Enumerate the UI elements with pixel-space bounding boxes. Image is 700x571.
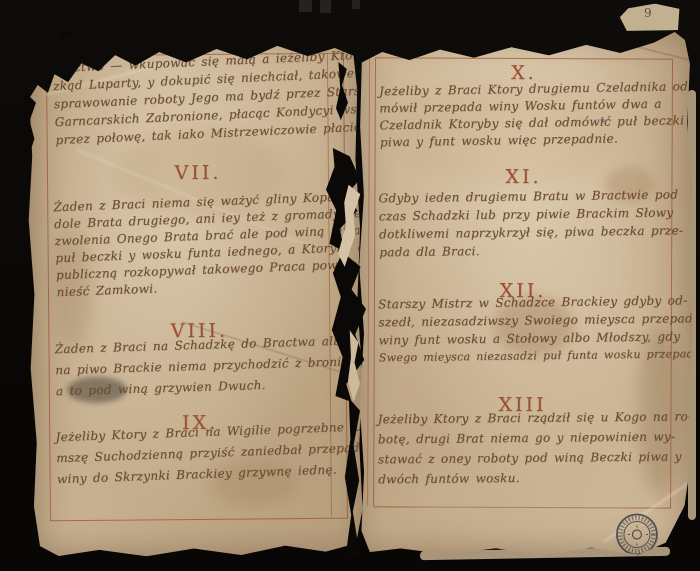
binding-clip-icon bbox=[352, 0, 360, 9]
left-page-number: 6 bbox=[88, 33, 96, 48]
right-page-gutter-rule bbox=[367, 57, 370, 505]
manuscript-line: dwóch funtów wosku. bbox=[378, 466, 693, 489]
article-xii-text: Starszy Mistrz w Schadzce Brackiey gdyby… bbox=[378, 291, 700, 367]
torn-edge-hole bbox=[58, 30, 72, 39]
right-page: 7 X. Jeżeliby z Braci Ktory drugiemu Cze… bbox=[353, 25, 695, 558]
article-xiii-text: Jeżeliby Ktory z Braci rządził się u Kog… bbox=[377, 406, 693, 489]
article-xi-text: Gdyby ieden drugiemu Bratu w Bractwie po… bbox=[378, 185, 683, 261]
article-x-text: Jeżeliby z Braci Ktory drugiemu Czeladni… bbox=[379, 78, 693, 151]
manuscript-line: stawać z oney roboty pod winą Beczki piw… bbox=[378, 446, 693, 469]
scanned-manuscript: 6 bractwo — wkupować się maią a ieżeliby… bbox=[0, 0, 700, 571]
right-page-top-number: 9 bbox=[644, 6, 652, 20]
left-page: 6 bractwo — wkupować się maią a ieżeliby… bbox=[24, 27, 367, 560]
binding-clip-icon bbox=[299, 0, 312, 12]
right-page-number: 7 bbox=[649, 29, 657, 44]
binding-clip-icon bbox=[320, 0, 331, 13]
section-heading-vii: VII. bbox=[53, 161, 343, 186]
article-viii-text: Żaden z Braci na Schadzkę do Bractwa alb… bbox=[54, 331, 350, 403]
article-ix-text: Jeżeliby Ktory z Braci na Wigilie pogrze… bbox=[55, 416, 372, 490]
left-intro-paragraph: bractwo — wkupować się maią a ieżeliby K… bbox=[52, 44, 413, 150]
